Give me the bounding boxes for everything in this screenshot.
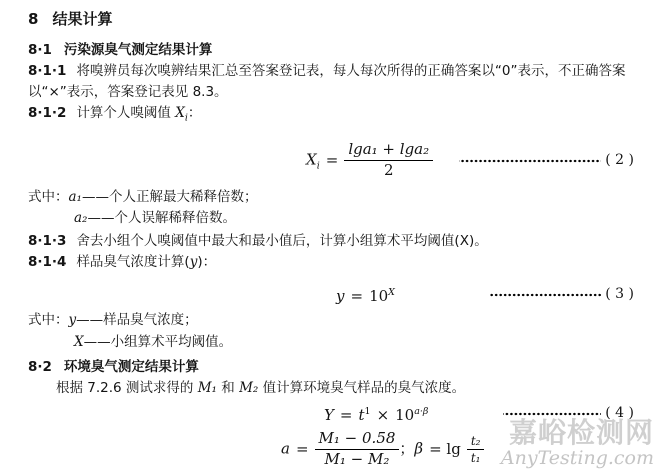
clause-title: 环境臭气测定结果计算 — [64, 359, 199, 375]
definition-prefix: 式中： — [28, 189, 69, 205]
equation-number: ( 2 ) — [605, 150, 634, 171]
clause-number: 8·2 — [28, 359, 52, 375]
clause-heading-8-1: 8·1污染源臭气测定结果计算 — [28, 40, 646, 61]
clause-text: 和 — [217, 380, 239, 396]
math-variable: a₂ — [74, 210, 87, 226]
equals-sign: = — [340, 406, 353, 424]
fraction-denominator: M₁ − M₂ — [315, 450, 400, 468]
fraction-numerator: M₁ − 0.58 — [315, 431, 400, 450]
definition-text: 小组算术平均阈值。 — [111, 334, 233, 350]
equals-sign: = — [296, 440, 309, 458]
clause-number: 8·1·1 — [28, 63, 66, 79]
clause-text: 计算个人嗅阈值 — [76, 105, 175, 121]
definition-line: a₂——个人误解稀释倍数。 — [28, 208, 646, 229]
formula-4b-expression: a=M₁ − 0.58M₁ − M₂；β= lgt₂t₁ — [281, 431, 484, 468]
clause-text: ： — [188, 105, 202, 121]
dotted-leader — [459, 159, 601, 163]
math-superscript: X — [388, 287, 395, 298]
definition-text: 个人正解最大稀释倍数； — [109, 189, 258, 205]
definition-dash: —— — [84, 334, 111, 350]
document-page: 8结果计算 8·1污染源臭气测定结果计算 8·1·1将嗅辨员每次嗅辨结果汇总至答… — [0, 0, 658, 472]
equals-lg: = lg — [429, 440, 461, 458]
math-variable: a₁ — [69, 189, 82, 205]
fraction-numerator: t₂ — [467, 435, 485, 451]
clause-8-1-3: 8·1·3舍去小组个人嗅阈值中最大和最小值后，计算小组算术平均阈值(X)。 — [28, 231, 646, 252]
clause-8-1-2: 8·1·2计算个人嗅阈值 Xi： — [28, 103, 646, 129]
formula-3-expression: y=10X — [336, 282, 395, 307]
separator: ； — [399, 440, 414, 458]
definition-text: 样品臭气浓度； — [103, 312, 198, 328]
fraction: M₁ − 0.58M₁ − M₂ — [315, 431, 400, 468]
formula-4-auxiliary: a=M₁ − 0.58M₁ − M₂；β= lgt₂t₁ — [28, 432, 646, 468]
fraction-denominator: t₁ — [467, 450, 485, 465]
definition-line: X——小组算术平均阈值。 — [28, 332, 646, 353]
clause-number: 8·1·4 — [28, 254, 66, 270]
definition-line: 式中：a₁——个人正解最大稀释倍数； — [28, 187, 646, 208]
clause-number: 8 — [28, 10, 38, 28]
formula-4-expression: Y=t1×10a·β — [324, 401, 428, 426]
clause-8-1-4: 8·1·4样品臭气浓度计算(y)： — [28, 252, 646, 273]
equals-sign: = — [326, 151, 339, 169]
formula-4: Y=t1×10a·β ( 4 ) — [28, 402, 646, 426]
math-variable: X — [306, 151, 317, 169]
math-variable: Y — [324, 406, 334, 424]
math-variable: β — [414, 440, 423, 458]
equals-sign: = — [350, 287, 363, 305]
math-variable: M₂ — [239, 380, 258, 396]
math-variable: X — [74, 334, 84, 350]
definition-prefix: 式中： — [28, 312, 69, 328]
dotted-leader — [503, 412, 601, 416]
math-superscript: a·β — [414, 406, 428, 417]
clause-text: 将嗅辨员每次嗅辨结果汇总至答案登记表，每人每次所得的正确答案以“0”表示，不正确… — [28, 63, 626, 100]
math-variable: X — [175, 105, 185, 121]
formula-2-expression: Xi=lga₁ + lga₂2 — [306, 142, 433, 179]
clause-title: 污染源臭气测定结果计算 — [64, 42, 213, 58]
definition-dash: —— — [82, 189, 109, 205]
clause-number: 8·1·2 — [28, 105, 66, 121]
math-number: 10 — [395, 406, 414, 424]
definition-text: 个人误解稀释倍数。 — [114, 210, 236, 226]
math-variable: a — [281, 440, 290, 458]
math-number: 10 — [369, 287, 388, 305]
clause-number: 8·1·3 — [28, 233, 66, 249]
math-subscript: i — [317, 161, 320, 172]
fraction: t₂t₁ — [467, 435, 485, 465]
clause-heading-8-2: 8·2环境臭气测定结果计算 — [28, 357, 646, 378]
fraction-numerator: lga₁ + lga₂ — [344, 142, 433, 161]
fraction: lga₁ + lga₂2 — [344, 142, 433, 179]
clause-8-2-paragraph: 根据 7.2.6 测试求得的 M₁ 和 M₂ 值计算环境臭气样品的臭气浓度。 — [28, 378, 646, 399]
clause-text: )： — [197, 254, 216, 270]
clause-text: 值计算环境臭气样品的臭气浓度。 — [258, 380, 465, 396]
clause-8-1-1: 8·1·1将嗅辨员每次嗅辨结果汇总至答案登记表，每人每次所得的正确答案以“0”表… — [28, 61, 646, 103]
math-variable: M₁ — [198, 380, 217, 396]
clause-text: 样品臭气浓度计算( — [76, 254, 189, 270]
formula-3-definitions: 式中：y——样品臭气浓度； X——小组算术平均阈值。 — [28, 310, 646, 353]
definition-dash: —— — [87, 210, 114, 226]
definition-dash: —— — [76, 312, 103, 328]
clause-heading-8: 8结果计算 — [28, 10, 646, 28]
equation-number: ( 4 ) — [605, 403, 634, 424]
math-variable: y — [69, 312, 77, 328]
clause-text: 根据 7.2.6 测试求得的 — [56, 380, 198, 396]
definition-line: 式中：y——样品臭气浓度； — [28, 310, 646, 331]
dotted-leader — [490, 293, 601, 297]
math-superscript: 1 — [365, 406, 371, 417]
equation-number: ( 3 ) — [605, 284, 634, 305]
multiplication-sign: × — [377, 406, 390, 424]
formula-2-definitions: 式中：a₁——个人正解最大稀释倍数； a₂——个人误解稀释倍数。 — [28, 187, 646, 229]
clause-text: 舍去小组个人嗅阈值中最大和最小值后，计算小组算术平均阈值(X)。 — [76, 233, 487, 249]
formula-3: y=10X ( 3 ) — [28, 283, 646, 307]
formula-2: Xi=lga₁ + lga₂2 ( 2 ) — [28, 139, 646, 183]
clause-number: 8·1 — [28, 42, 52, 58]
clause-title: 结果计算 — [52, 10, 112, 28]
fraction-denominator: 2 — [344, 161, 433, 179]
math-variable: y — [336, 287, 344, 305]
